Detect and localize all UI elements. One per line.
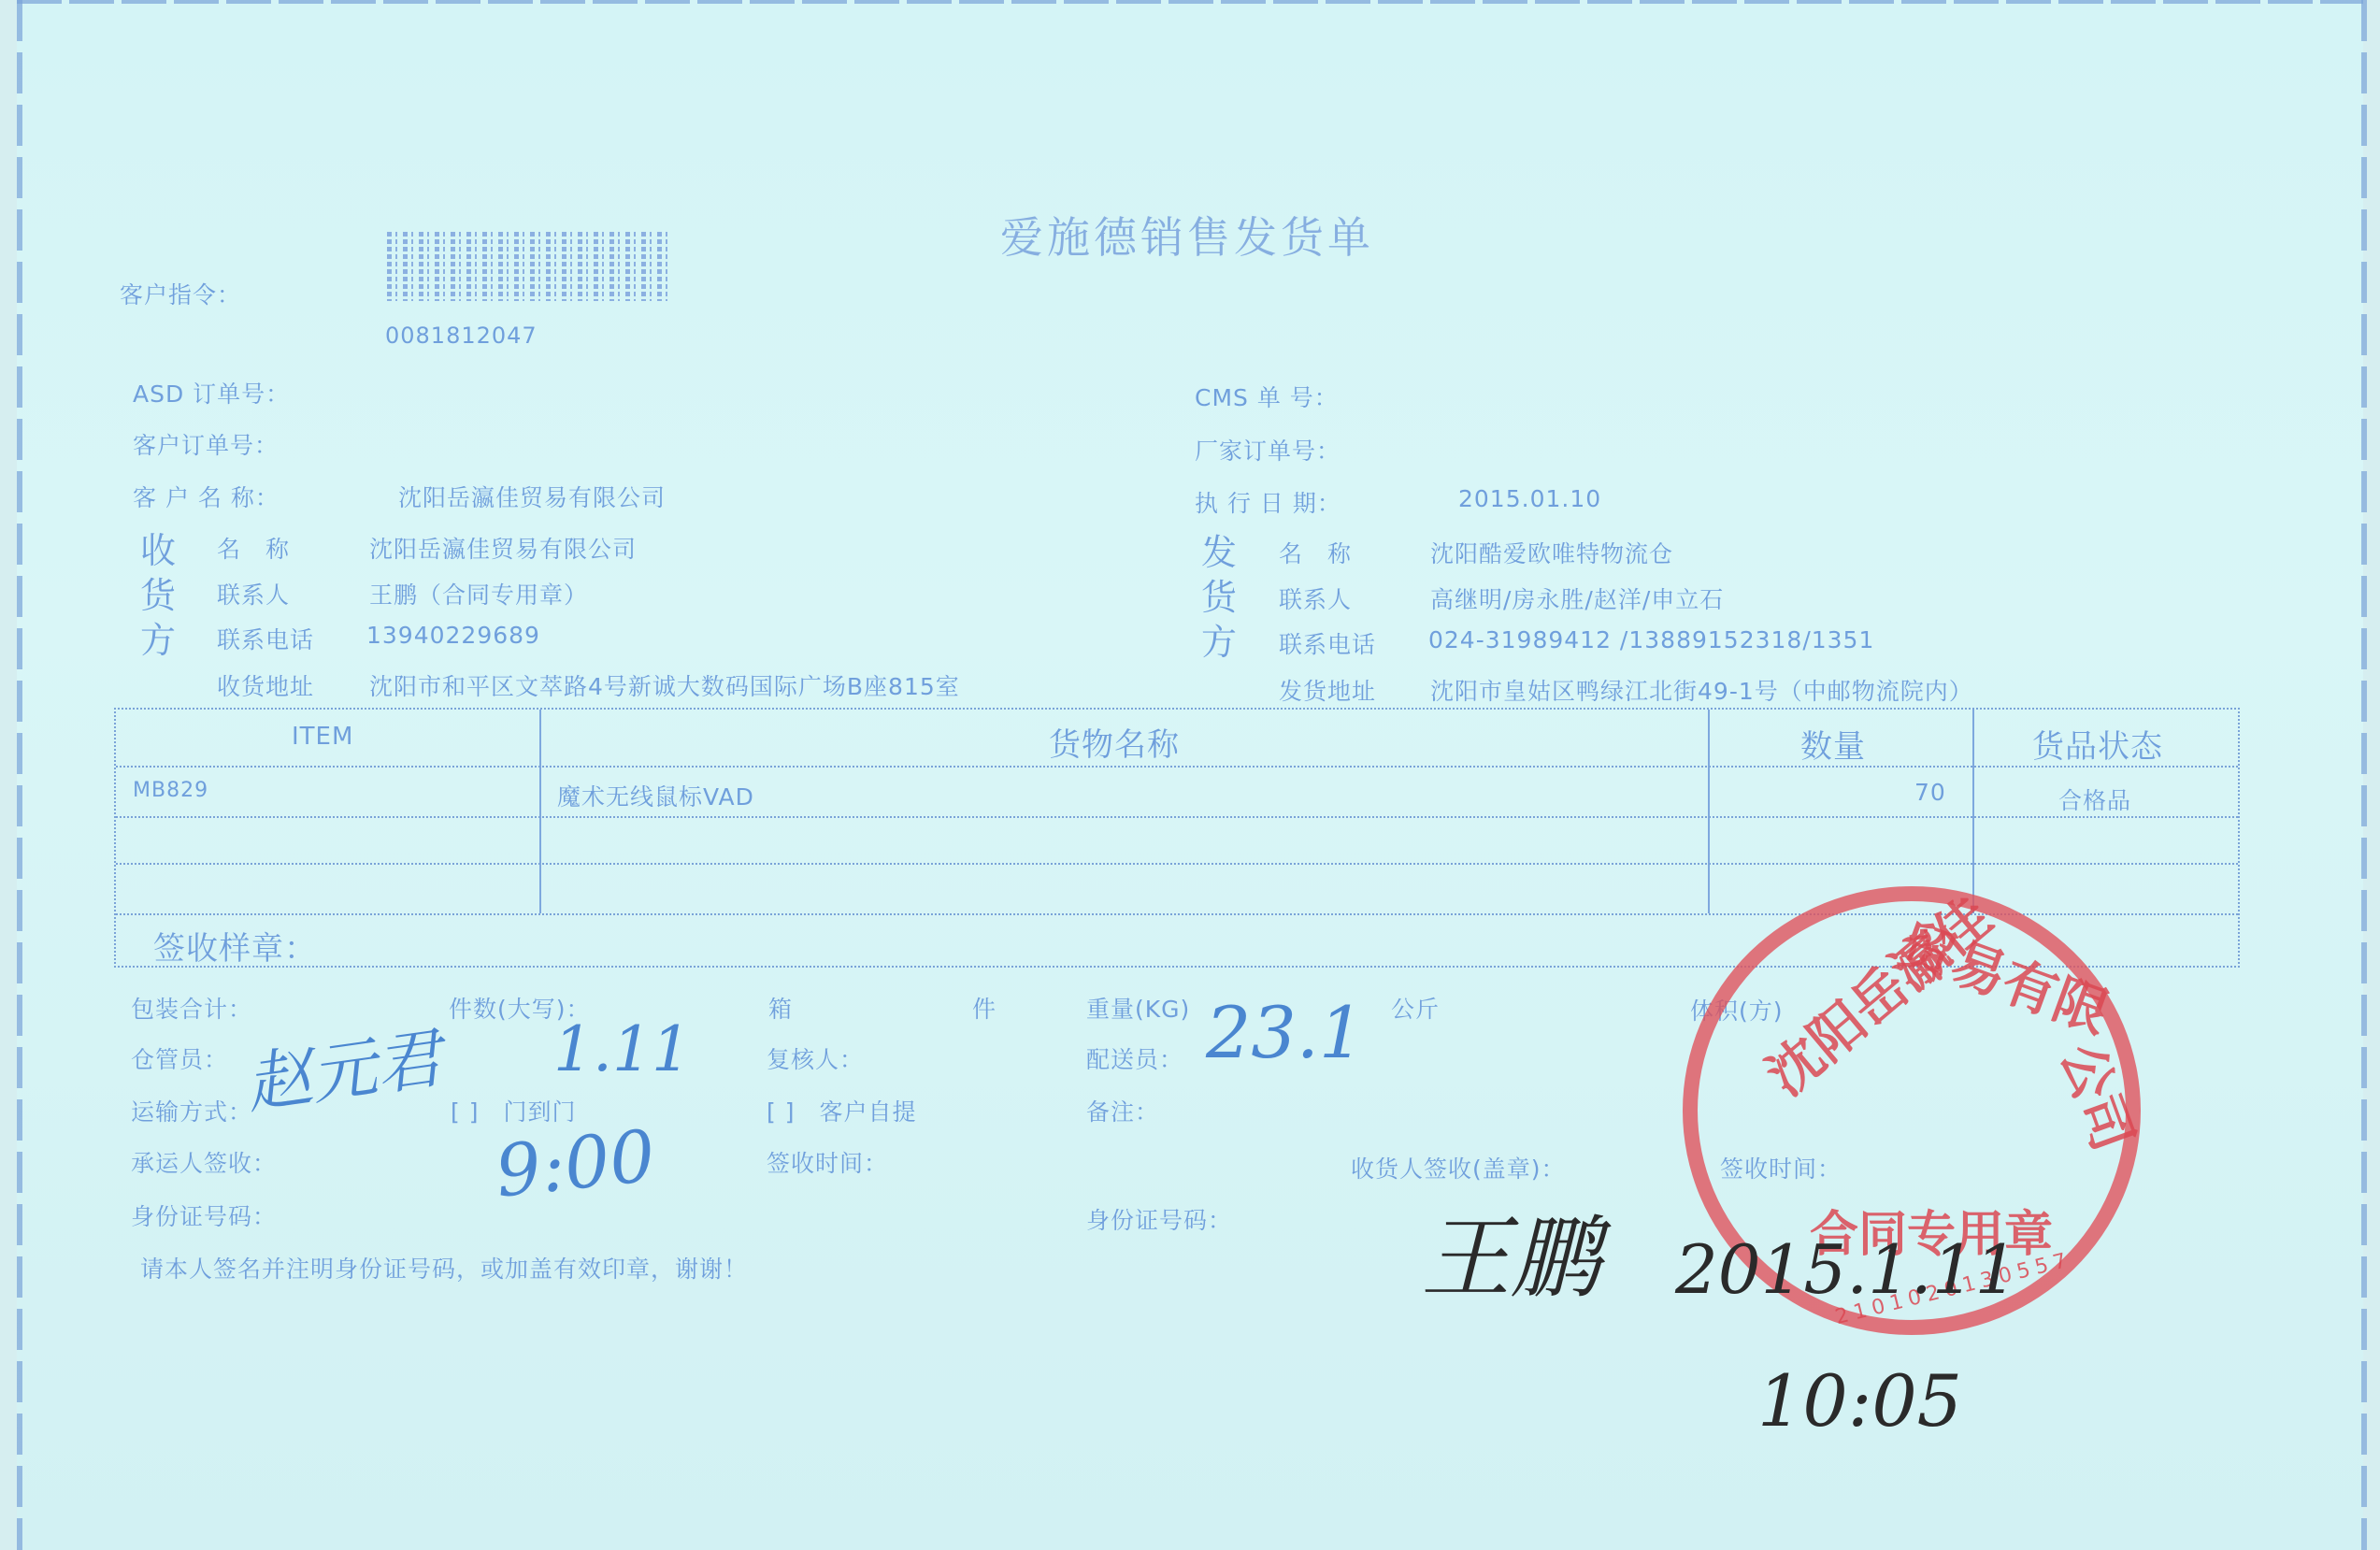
carrier-sign-label: 承运人签收： <box>131 1145 277 1179</box>
shipper-contact-label: 联系人 <box>1279 581 1352 615</box>
receipt-time: 10:05 <box>1757 1359 1962 1442</box>
consignee-contact-label: 联系人 <box>217 577 290 610</box>
column-divider <box>1972 710 1974 913</box>
receiver-sign-label: 收货人签收(盖章)： <box>1351 1151 1566 1184</box>
column-divider <box>1708 710 1710 913</box>
door-to-door-checkbox[interactable]: [ ] 门到门 <box>451 1094 576 1127</box>
execution-date-label: 执 行 日 期： <box>1195 485 1341 519</box>
handwritten-weight: 23.1 <box>1206 991 1364 1074</box>
consignee-phone: 13940229689 <box>366 622 540 649</box>
warehouse-keeper-label: 仓管员： <box>131 1041 228 1075</box>
shipper-side-3: 方 <box>1201 613 1238 665</box>
perforation-top <box>17 0 2363 4</box>
consignee-contact: 王鹏（合同专用章） <box>369 577 588 610</box>
barcode-number: 0081812047 <box>385 323 538 349</box>
customer-name-label: 客 户 名 称： <box>133 480 280 513</box>
self-pickup-checkbox[interactable]: [ ] 客户自提 <box>767 1094 916 1127</box>
header-goods-name: 货物名称 <box>1049 719 1180 765</box>
remark-label: 备注： <box>1086 1094 1159 1127</box>
piece-label: 件 <box>972 991 996 1025</box>
box-label: 箱 <box>768 991 793 1025</box>
shipper-phone-label: 联系电话 <box>1279 626 1376 660</box>
asd-order-label: ASD 订单号： <box>133 376 290 409</box>
shipper-contact: 高继明/房永胜/赵洋/申立石 <box>1430 581 1724 615</box>
id-number-label-right: 身份证号码： <box>1086 1202 1232 1236</box>
barcode <box>387 232 669 301</box>
signature-note: 请本人签名并注明身份证号码，或加盖有效印章，谢谢！ <box>140 1251 748 1284</box>
weight-unit: 公斤 <box>1391 991 1440 1025</box>
column-divider <box>539 710 541 913</box>
consignee-address: 沈阳市和平区文萃路4号新诚大数码国际广场B座815室 <box>369 668 960 702</box>
deliverer-label: 配送员： <box>1086 1041 1183 1075</box>
shipper-side-1: 发 <box>1201 524 1238 575</box>
table-rule <box>116 816 2238 818</box>
consignee-side-1: 收 <box>140 522 177 573</box>
customer-name-value: 沈阳岳瀛佳贸易有限公司 <box>398 480 666 513</box>
customer-instruction-label: 客户指令： <box>120 277 241 310</box>
customer-order-label: 客户订单号： <box>133 427 279 461</box>
row-goods-name: 魔术无线鼠标VAD <box>557 779 754 812</box>
header-item: ITEM <box>292 723 353 751</box>
row-status: 合格品 <box>2058 782 2131 816</box>
row-quantity: 70 <box>1914 779 1946 806</box>
perforation-right <box>2361 0 2367 1550</box>
table-rule <box>116 863 2238 865</box>
id-number-label-left: 身份证号码： <box>131 1198 277 1232</box>
sign-sample-label: 签收样章： <box>153 923 317 969</box>
consignee-name-label: 名 称 <box>217 531 290 565</box>
factory-order-label: 厂家订单号： <box>1195 433 1341 466</box>
shipper-side-2: 货 <box>1201 568 1238 620</box>
reviewer-label: 复核人： <box>767 1041 864 1075</box>
shipper-name: 沈阳酷爱欧唯特物流仓 <box>1430 536 1673 569</box>
package-total-label: 包装合计： <box>131 991 252 1025</box>
shipper-phone: 024-31989412 /13889152318/1351 <box>1428 626 1874 653</box>
handwritten-date-1: 1.11 <box>553 1013 691 1085</box>
row-item: MB829 <box>133 779 208 802</box>
consignee-side-2: 货 <box>140 567 177 618</box>
perforation-left <box>17 0 22 1550</box>
shipper-address-label: 发货地址 <box>1279 673 1376 707</box>
table-rule <box>116 766 2238 768</box>
execution-date-value: 2015.01.10 <box>1458 485 1601 512</box>
shipper-name-label: 名 称 <box>1279 536 1352 569</box>
cms-number-label: CMS 单 号： <box>1195 380 1339 413</box>
sign-time-label: 签收时间： <box>767 1145 888 1179</box>
header-status: 货品状态 <box>2032 721 2163 767</box>
transport-label: 运输方式： <box>131 1094 252 1127</box>
document-title: 爱施德销售发货单 <box>1000 204 1374 266</box>
carrier-handwritten-time: 9:00 <box>492 1113 659 1213</box>
consignee-address-label: 收货地址 <box>217 668 314 702</box>
consignee-name: 沈阳岳瀛佳贸易有限公司 <box>369 531 637 565</box>
weight-label: 重量(KG) <box>1086 991 1190 1025</box>
header-quantity: 数量 <box>1800 721 1866 767</box>
receipt-date: 2015.1.11 <box>1675 1230 2017 1309</box>
consignee-phone-label: 联系电话 <box>217 622 314 655</box>
consignee-side-3: 方 <box>140 611 177 663</box>
receiver-signature: 王鹏 <box>1421 1187 1600 1315</box>
shipper-address: 沈阳市皇姑区鸭绿江北街49-1号（中邮物流院内） <box>1430 673 1973 707</box>
